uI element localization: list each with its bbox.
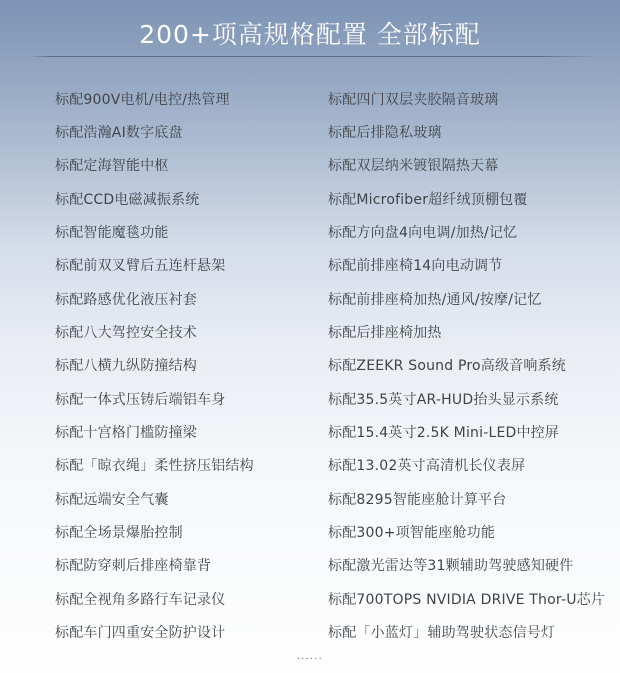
spec-column-right: 标配四门双层夹胶隔音玻璃 标配后排隐私玻璃 标配双层纳米镀银隔热天幕 标配Mic… [310,82,620,649]
spec-item: 标配900V电机/电控/热管理 [0,82,310,115]
spec-columns: 标配900V电机/电控/热管理 标配浩瀚AI数字底盘 标配定海智能中枢 标配CC… [0,82,620,649]
spec-item: 标配CCD电磁减振系统 [0,182,310,215]
spec-item: 标配路感优化液压衬套 [0,282,310,315]
spec-item: 标配八大驾控安全技术 [0,315,310,348]
spec-item: 标配浩瀚AI数字底盘 [0,115,310,148]
spec-item: 标配前排座椅14向电动调节 [310,249,620,282]
spec-item: 标配35.5英寸AR-HUD抬头显示系统 [310,382,620,415]
spec-item: 标配远端安全气囊 [0,482,310,515]
spec-item: 标配定海智能中枢 [0,149,310,182]
spec-item: 标配防穿刺后排座椅靠背 [0,549,310,582]
spec-item: 标配方向盘4向电调/加热/记忆 [310,215,620,248]
spec-item: 标配「小蓝灯」辅助驾驶状态信号灯 [310,616,620,649]
spec-item: 标配四门双层夹胶隔音玻璃 [310,82,620,115]
spec-item: 标配智能魔毯功能 [0,215,310,248]
spec-item: 标配八横九纵防撞结构 [0,349,310,382]
page-title: 200+项高规格配置 全部标配 [0,15,620,51]
spec-item: 标配ZEEKR Sound Pro高级音响系统 [310,349,620,382]
spec-item: 标配全场景爆胎控制 [0,515,310,548]
spec-column-left: 标配900V电机/电控/热管理 标配浩瀚AI数字底盘 标配定海智能中枢 标配CC… [0,82,310,649]
spec-item: 标配十宫格门槛防撞梁 [0,415,310,448]
spec-item: 标配700TOPS NVIDIA DRIVE Thor-U芯片 [310,582,620,615]
spec-item: 标配后排隐私玻璃 [310,115,620,148]
spec-item: 标配全视角多路行车记录仪 [0,582,310,615]
spec-item: 标配Microfiber超纤绒顶棚包覆 [310,182,620,215]
footer-ellipsis: ...... [0,652,620,662]
spec-item: 标配后排座椅加热 [310,315,620,348]
spec-item: 标配13.02英寸高清机长仪表屏 [310,449,620,482]
spec-item: 标配双层纳米镀银隔热天幕 [310,149,620,182]
spec-sheet-poster: 200+项高规格配置 全部标配 标配900V电机/电控/热管理 标配浩瀚AI数字… [0,0,620,673]
spec-item: 标配8295智能座舱计算平台 [310,482,620,515]
spec-item: 标配一体式压铸后端铝车身 [0,382,310,415]
spec-item: 标配前排座椅加热/通风/按摩/记忆 [310,282,620,315]
spec-item: 标配「晾衣绳」柔性挤压铝结构 [0,449,310,482]
spec-item: 标配300+项智能座舱功能 [310,515,620,548]
spec-item: 标配前双叉臂后五连杆悬架 [0,249,310,282]
spec-item: 标配15.4英寸2.5K Mini-LED中控屏 [310,415,620,448]
spec-item: 标配车门四重安全防护设计 [0,616,310,649]
title-divider [28,56,598,57]
spec-item: 标配激光雷达等31颗辅助驾驶感知硬件 [310,549,620,582]
